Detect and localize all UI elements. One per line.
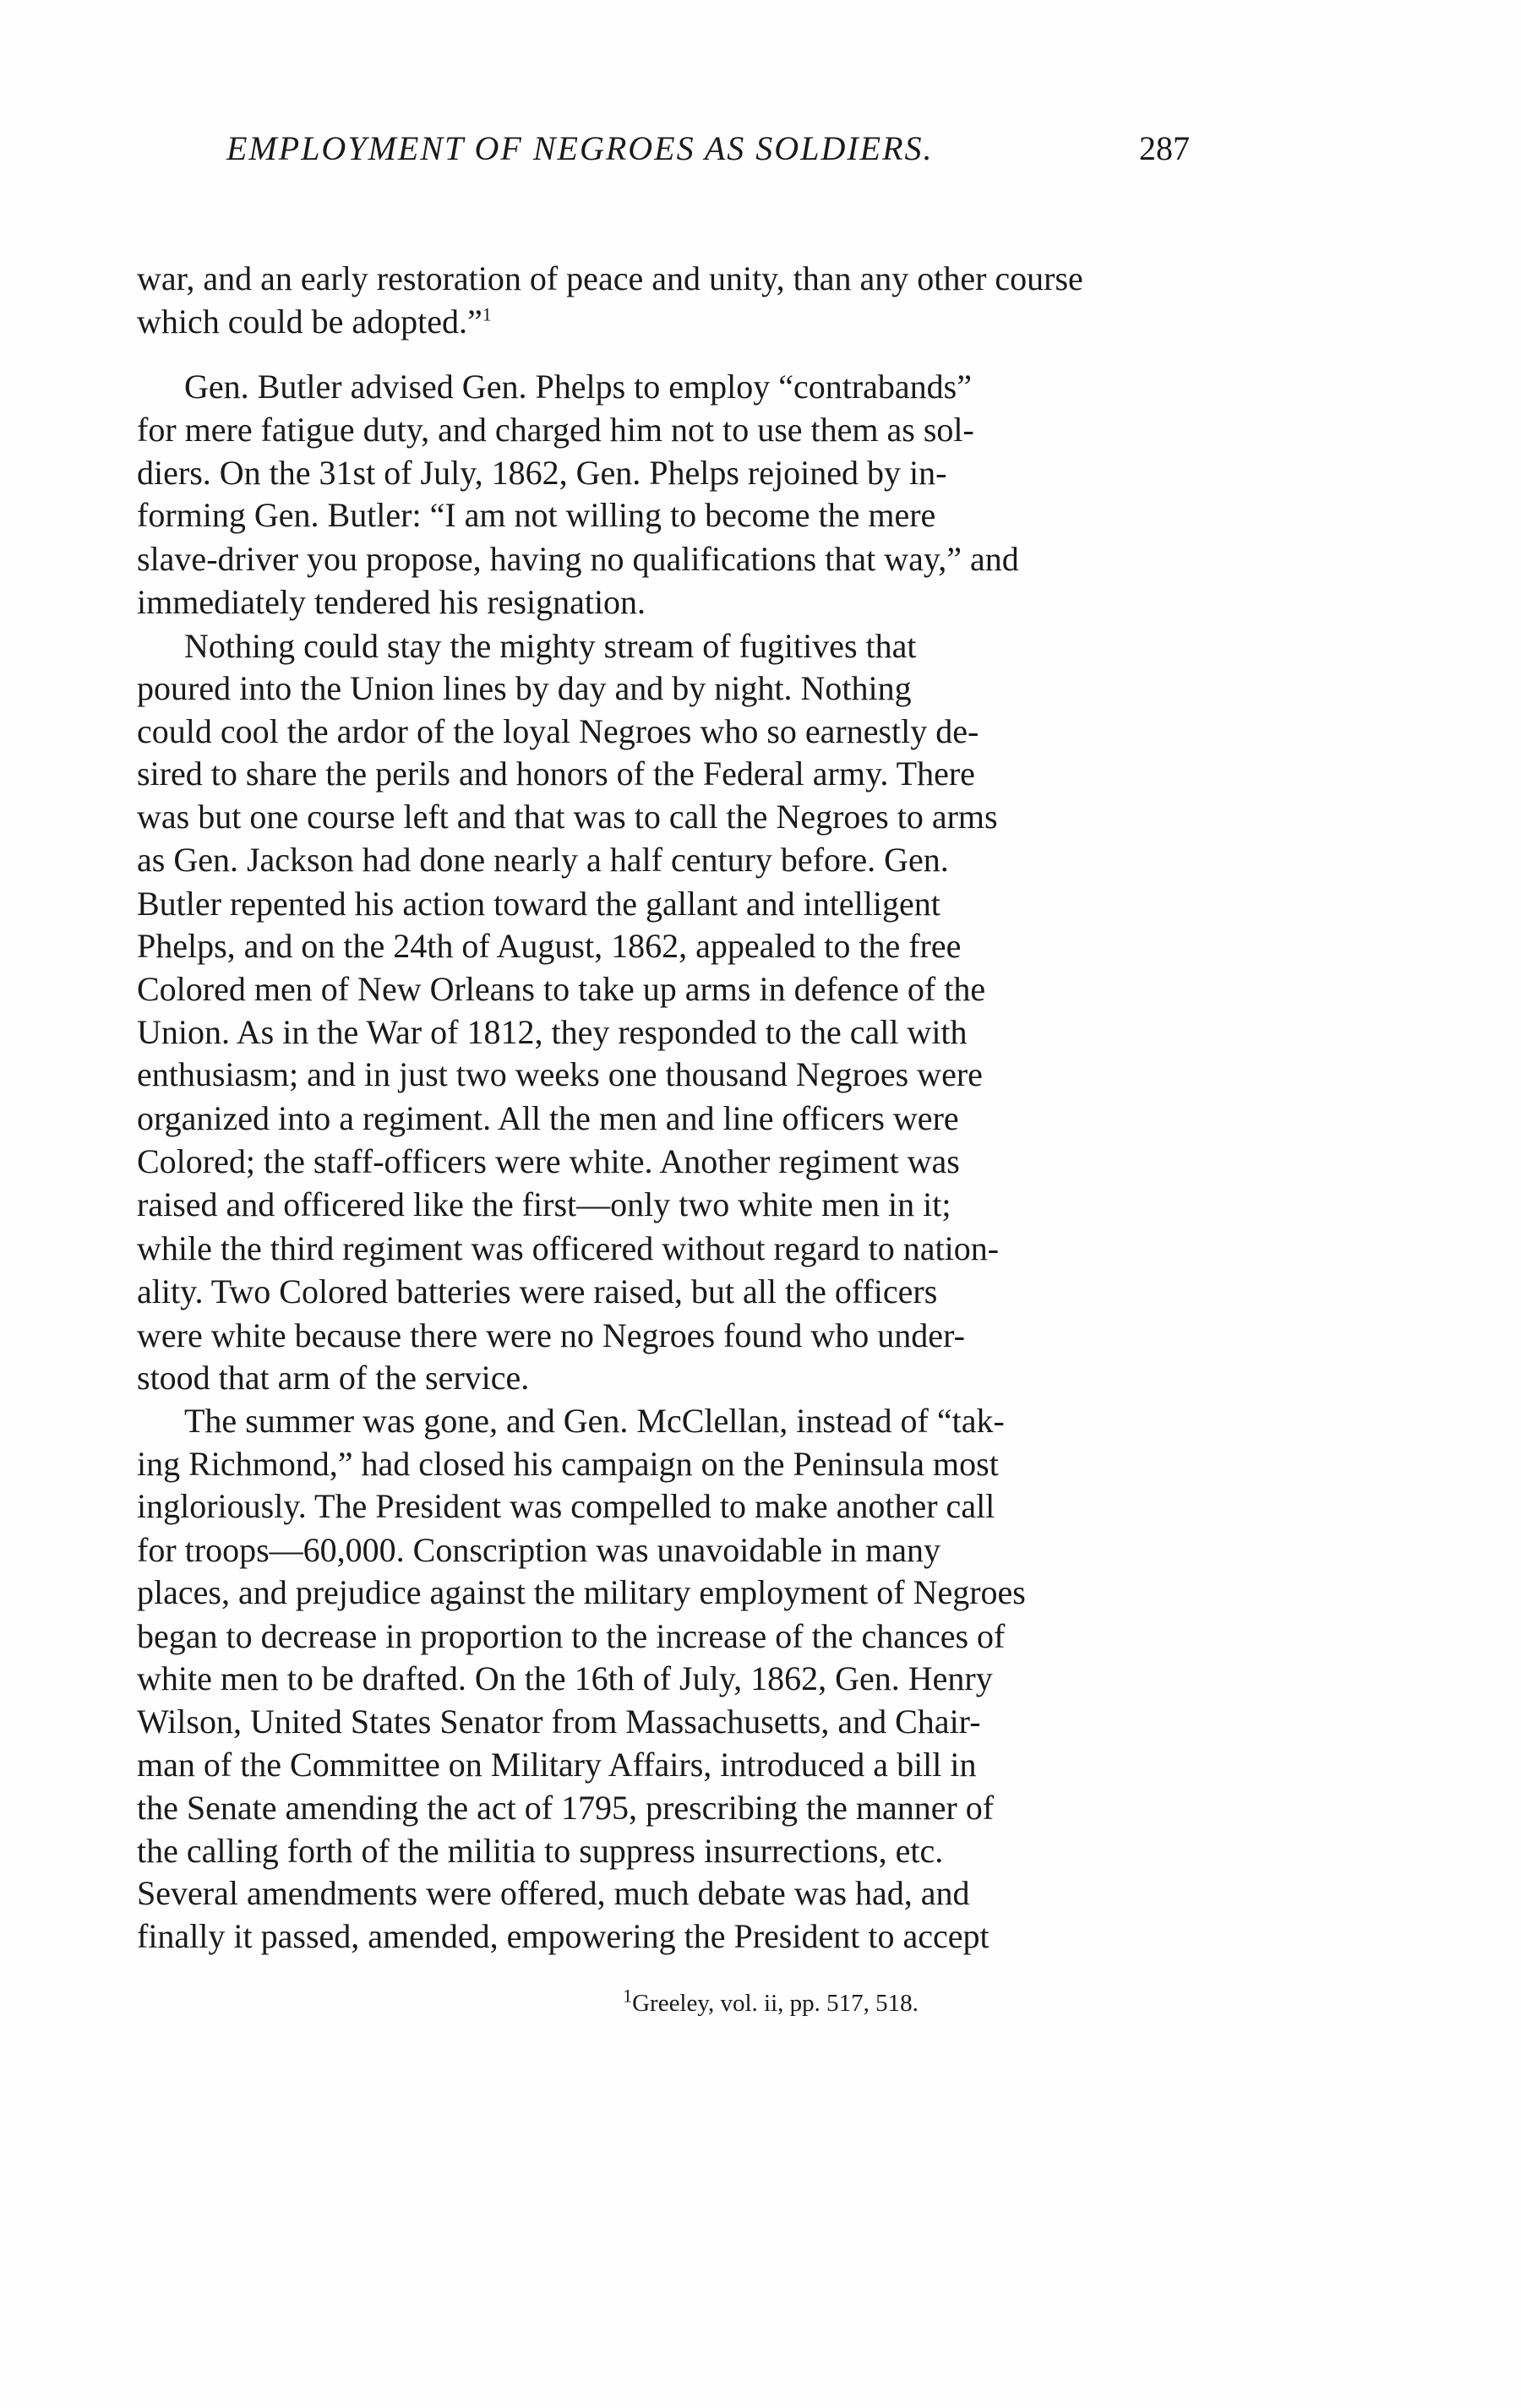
footnote-reference: 1 <box>482 304 492 325</box>
text-line-content: stood that arm of the service. <box>137 1359 529 1397</box>
text-line-content: for troops—60,000. Conscription was unav… <box>137 1530 940 1571</box>
text-line-content: enthusiasm; and in just two weeks one th… <box>137 1054 983 1095</box>
text-line: Colored men of New Orleans to take up ar… <box>137 969 1176 1012</box>
text-line-content: finally it passed, amended, empowering t… <box>137 1916 989 1957</box>
text-line-content: which could be adopted.” <box>137 302 482 340</box>
text-line-content: Gen. Butler advised Gen. Phelps to emplo… <box>184 367 972 407</box>
text-line: places, and prejudice against the milita… <box>137 1572 1176 1615</box>
text-line: The summer was gone, and Gen. McClellan,… <box>137 1401 1176 1444</box>
text-line: man of the Committee on Military Affairs… <box>137 1745 1176 1788</box>
page-number: 287 <box>1139 128 1190 168</box>
text-line-content: ality. Two Colored batteries were raised… <box>137 1272 937 1312</box>
text-line-content: ingloriously. The President was compelle… <box>137 1486 995 1527</box>
text-line: the Senate amending the act of 1795, pre… <box>137 1788 1176 1831</box>
book-page: EMPLOYMENT OF NEGROES AS SOLDIERS. 287 w… <box>0 0 1521 2408</box>
text-line: for troops—60,000. Conscription was unav… <box>137 1530 1176 1573</box>
text-line: ality. Two Colored batteries were raised… <box>137 1272 1176 1315</box>
text-line-content: was but one course left and that was to … <box>137 797 998 837</box>
text-line: were white because there were no Negroes… <box>137 1316 1176 1359</box>
text-line: Butler repented his action toward the ga… <box>137 884 1176 927</box>
text-line-content: sired to share the perils and honors of … <box>137 754 975 794</box>
text-line-content: Phelps, and on the 24th of August, 1862,… <box>137 926 961 967</box>
text-line-content: could cool the ardor of the loyal Negroe… <box>137 711 979 752</box>
text-line-content: for mere fatigue duty, and charged him n… <box>137 410 974 450</box>
text-line: Several amendments were offered, much de… <box>137 1873 1176 1916</box>
text-line: which could be adopted.”1 <box>137 302 1176 345</box>
text-line: Wilson, United States Senator from Massa… <box>137 1702 1176 1745</box>
text-line-content: poured into the Union lines by day and b… <box>137 668 912 709</box>
text-line: began to decrease in proportion to the i… <box>137 1616 1176 1659</box>
text-line: Phelps, and on the 24th of August, 1862,… <box>137 926 1176 969</box>
text-line: the calling forth of the militia to supp… <box>137 1831 1176 1874</box>
text-line-content: Several amendments were offered, much de… <box>137 1873 970 1914</box>
text-line-content: places, and prejudice against the milita… <box>137 1572 1026 1613</box>
text-line-content: Union. As in the War of 1812, they respo… <box>137 1012 968 1053</box>
text-line: Gen. Butler advised Gen. Phelps to emplo… <box>137 367 1176 410</box>
text-line: finally it passed, amended, empowering t… <box>137 1916 1176 1959</box>
text-line-content: man of the Committee on Military Affairs… <box>137 1745 977 1785</box>
text-line-content: immediately tendered his resignation. <box>137 583 646 621</box>
text-line: immediately tendered his resignation. <box>137 582 1176 625</box>
running-title: EMPLOYMENT OF NEGROES AS SOLDIERS. <box>226 128 934 168</box>
text-line: enthusiasm; and in just two weeks one th… <box>137 1054 1176 1098</box>
text-line-content: diers. On the 31st of July, 1862, Gen. P… <box>137 453 946 493</box>
running-head: EMPLOYMENT OF NEGROES AS SOLDIERS. 287 <box>226 128 1190 176</box>
text-line: white men to be drafted. On the 16th of … <box>137 1659 1176 1702</box>
text-line-content: Butler repented his action toward the ga… <box>137 884 940 924</box>
text-line-content: raised and officered like the first—only… <box>137 1185 951 1225</box>
text-line: for mere fatigue duty, and charged him n… <box>137 410 1176 453</box>
text-line-content: Colored men of New Orleans to take up ar… <box>137 969 985 1010</box>
text-line-content: Wilson, United States Senator from Massa… <box>137 1702 981 1742</box>
text-line-content: Nothing could stay the mighty stream of … <box>184 626 917 667</box>
text-line: stood that arm of the service. <box>137 1358 1176 1401</box>
text-line: war, and an early restoration of peace a… <box>137 259 1176 302</box>
text-line: organized into a regiment. All the men a… <box>137 1098 1176 1141</box>
text-line: as Gen. Jackson had done nearly a half c… <box>137 840 1176 883</box>
text-line-content: slave-driver you propose, having no qual… <box>137 539 1019 580</box>
text-line: sired to share the perils and honors of … <box>137 754 1176 797</box>
text-line-content: the calling forth of the militia to supp… <box>137 1831 943 1871</box>
text-line: Nothing could stay the mighty stream of … <box>137 626 1176 669</box>
footnote-marker: 1 <box>623 1985 632 2006</box>
text-line: forming Gen. Butler: “I am not willing t… <box>137 495 1176 538</box>
text-line: Colored; the staff-officers were white. … <box>137 1141 1176 1185</box>
text-line-content: organized into a regiment. All the men a… <box>137 1098 959 1139</box>
footnote: 1Greeley, vol. ii, pp. 517, 518. <box>0 1990 1521 2018</box>
text-line-content: forming Gen. Butler: “I am not willing t… <box>137 495 935 536</box>
text-line-content: white men to be drafted. On the 16th of … <box>137 1659 993 1699</box>
text-line-content: Colored; the staff-officers were white. … <box>137 1141 960 1182</box>
text-line: slave-driver you propose, having no qual… <box>137 539 1176 582</box>
text-line: poured into the Union lines by day and b… <box>137 668 1176 711</box>
text-line-content: began to decrease in proportion to the i… <box>137 1616 1005 1657</box>
text-line-content: as Gen. Jackson had done nearly a half c… <box>137 840 949 880</box>
footnote-text: Greeley, vol. ii, pp. 517, 518. <box>632 1990 919 2017</box>
text-line: ing Richmond,” had closed his campaign o… <box>137 1444 1176 1487</box>
text-line-content: while the third regiment was officered w… <box>137 1229 999 1269</box>
text-line: raised and officered like the first—only… <box>137 1185 1176 1228</box>
text-line-content: war, and an early restoration of peace a… <box>137 259 1083 299</box>
text-line-content: ing Richmond,” had closed his campaign o… <box>137 1444 999 1485</box>
text-line: Union. As in the War of 1812, they respo… <box>137 1012 1176 1055</box>
text-line: was but one course left and that was to … <box>137 797 1176 840</box>
text-line-content: were white because there were no Negroes… <box>137 1316 965 1356</box>
text-line: diers. On the 31st of July, 1862, Gen. P… <box>137 453 1176 496</box>
text-line: could cool the ardor of the loyal Negroe… <box>137 711 1176 755</box>
text-line-content: the Senate amending the act of 1795, pre… <box>137 1788 994 1828</box>
text-line: ingloriously. The President was compelle… <box>137 1486 1176 1529</box>
text-line-content: The summer was gone, and Gen. McClellan,… <box>184 1401 1005 1441</box>
text-line: while the third regiment was officered w… <box>137 1229 1176 1272</box>
